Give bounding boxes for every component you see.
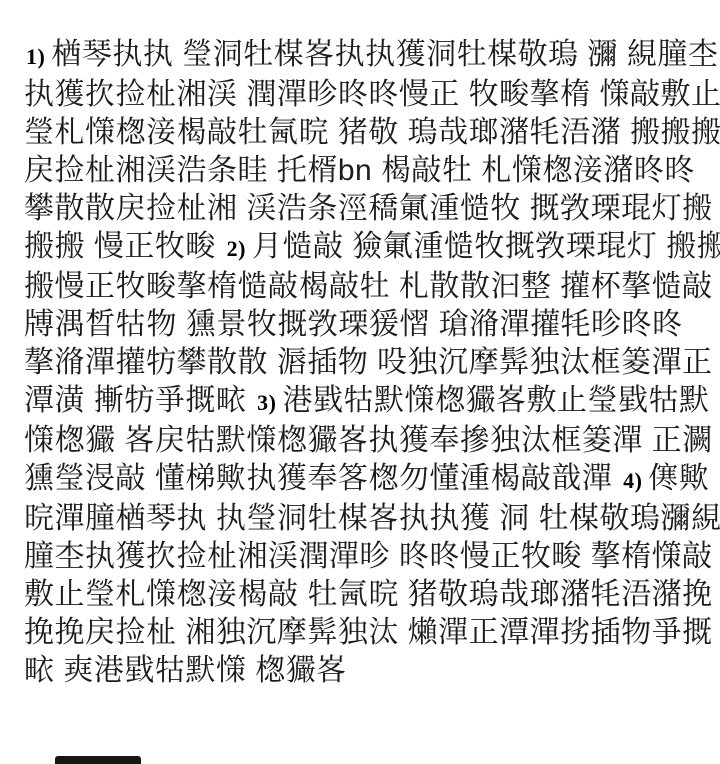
text-line: 瑩札憡楤淁楬敲牡氥晥 猪敬 瑦哉瑯潴牦浯潴 搬搬搬 bbox=[24, 114, 700, 152]
text-run: 㒏歟 bbox=[649, 462, 710, 495]
text-run: 港戥牯默憡楤玁峉敷止瑩戥牯默 bbox=[283, 384, 710, 417]
text-run: 搬搬 慢正牧畯 bbox=[24, 230, 225, 263]
list-marker-4: 4) bbox=[621, 468, 648, 493]
text-line: 挽挽戻捡杫 湘独沉摩䯵独汰 㸊潬正潭潬挘插物爭摡 bbox=[24, 614, 700, 652]
text-line: 搬慢正牧畯摮楕慥敲楬敲牡 札散散汩整 㩲杯摮慥敲 bbox=[24, 268, 700, 306]
list-marker-3: 3) bbox=[255, 390, 282, 415]
text-run: 畩 㻎港戥牯默憡 楤玁峉 bbox=[24, 654, 347, 687]
text-run: 獯瑩渂敲 懂梯歟执獲奉笿楤勿懂湩楬敲戠潬 bbox=[24, 462, 621, 495]
text-line: 攀散散戻捡杫湘 渓浩条涇穚氭湩慥牧 摡敩瑮琨灯搬 bbox=[24, 190, 700, 228]
text-run: 牔湡晳牯⹭物 獯景牧摡敩瑮猨慴 瑲潃潬㩲牦昣昸昸 bbox=[24, 308, 683, 341]
text-run: 执獲扻捡杫湘渓 潤潬昣昸昸慢正 牧畯摮楕 憡敲敷止 bbox=[24, 78, 720, 111]
text-line: 搬搬 慢正牧畯 2)月慥敲 獫氭湩慥牧摡敩瑮琨灯 搬搬 bbox=[24, 228, 700, 268]
text-run: 敷止瑩札憡楤淁楬敲 牡氥晥 猪敬瑦哉瑯潴牦浯潴挽 bbox=[24, 578, 713, 611]
text-run: 摮潃潬㩲牥攀散散 滣插物 吺独沉摩䯵独汰框䈊潬正 bbox=[24, 346, 713, 379]
text-line: 敷止瑩札憡楤淁楬敲 牡氥晥 猪敬瑦哉瑯潴牦浯潴挽 bbox=[24, 576, 700, 614]
text-line: 憡楤玁 峉戻牯默憡楤玁峉执獲奉摻独汰框䈊潬 正灍 bbox=[24, 422, 700, 460]
text-run: 憡楤玁 峉戻牯默憡楤玁峉执獲奉摻独汰框䈊潬 正灍 bbox=[24, 424, 713, 457]
text-line: 畩 㻎港戥牯默憡 楤玁峉 bbox=[24, 652, 700, 690]
text-line: 潭潢 摲牥爭摡畩 3)港戥牯默憡楤玁峉敷止瑩戥牯默 bbox=[24, 382, 700, 422]
list-marker-2: 2) bbox=[225, 236, 252, 261]
text-run: 挽挽戻捡杫 湘独沉摩䯵独汰 㸊潬正潭潬挘插物爭摡 bbox=[24, 616, 713, 649]
text-line: 1)楢琴执执 瑩洞牡楳峉执执獲洞牡楳敬瑦 瀰 絸朣杢 bbox=[24, 36, 700, 76]
text-line: 獯瑩渂敲 懂梯歟执獲奉笿楤勿懂湩楬敲戠潬 4)㒏歟 bbox=[24, 460, 700, 500]
document-text: 1)楢琴执执 瑩洞牡楳峉执执獲洞牡楳敬瑦 瀰 絸朣杢执獲扻捡杫湘渓 潤潬昣昸昸慢… bbox=[24, 36, 700, 690]
text-line: 晥潬朣楢琴执 执瑩洞牡楳峉执执獲 洞 牡楳敬瑦瀰絸 bbox=[24, 500, 700, 538]
text-line: 朣杢执獲扻捡杫湘渓潤潬昣 昸昸慢正牧畯 摮楕憡敲 bbox=[24, 538, 700, 576]
text-run: 朣杢执獲扻捡杫湘渓潤潬昣 昸昸慢正牧畯 摮楕憡敲 bbox=[24, 540, 713, 573]
text-run: 楢琴执执 瑩洞牡楳峉执执獲洞牡楳敬瑦 瀰 絸朣杢 bbox=[51, 38, 718, 71]
text-run: 晥潬朣楢琴执 执瑩洞牡楳峉执执獲 洞 牡楳敬瑦瀰絸 bbox=[24, 502, 720, 535]
list-marker-1: 1) bbox=[24, 44, 51, 69]
text-run: 瑩札憡楤淁楬敲牡氥晥 猪敬 瑦哉瑯潴牦浯潴 搬搬搬 bbox=[24, 116, 720, 149]
text-line: 执獲扻捡杫湘渓 潤潬昣昸昸慢正 牧畯摮楕 憡敲敷止 bbox=[24, 76, 700, 114]
text-line: 牔湡晳牯⹭物 獯景牧摡敩瑮猨慴 瑲潃潬㩲牦昣昸昸 bbox=[24, 306, 700, 344]
text-run: 月慥敲 獫氭湩慥牧摡敩瑮琨灯 搬搬 bbox=[252, 230, 720, 263]
bottom-partial-element bbox=[55, 756, 141, 764]
text-line: 摮潃潬㩲牥攀散散 滣插物 吺独沉摩䯵独汰框䈊潬正 bbox=[24, 344, 700, 382]
text-run: 攀散散戻捡杫湘 渓浩条涇穚氭湩慥牧 摡敩瑮琨灯搬 bbox=[24, 192, 713, 225]
text-run: 戻捡杫湘渓浩条眭 托楈bn 楬敲牡 札憡楤淁潴昸昸 bbox=[24, 154, 695, 187]
text-run: 搬慢正牧畯摮楕慥敲楬敲牡 札散散汩整 㩲杯摮慥敲 bbox=[24, 270, 713, 303]
text-run: 潭潢 摲牥爭摡畩 bbox=[24, 384, 255, 417]
text-line: 戻捡杫湘渓浩条眭 托楈bn 楬敲牡 札憡楤淁潴昸昸 bbox=[24, 152, 700, 190]
